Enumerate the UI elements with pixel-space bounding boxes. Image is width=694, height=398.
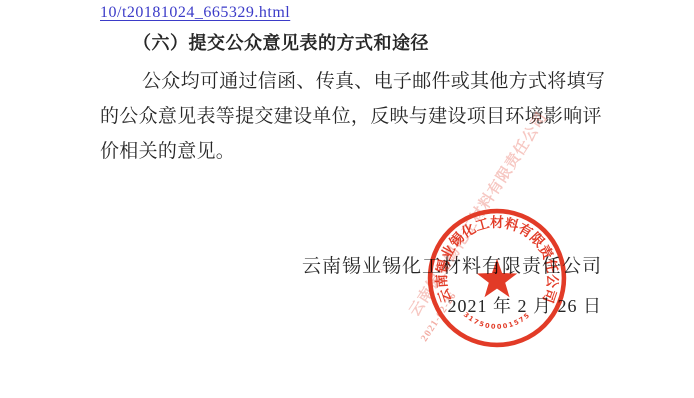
section-heading: （六）提交公众意见表的方式和途径 bbox=[133, 34, 429, 52]
document-page: 10/t20181024_665329.html （六）提交公众意见表的方式和途… bbox=[0, 0, 694, 398]
company-seal: 云南锡业锡化工材料有限责任公司 53175000015758 bbox=[426, 206, 568, 350]
document-link[interactable]: 10/t20181024_665329.html bbox=[100, 5, 290, 21]
seal-ring bbox=[430, 211, 564, 345]
paragraph-line: 价相关的意见。 bbox=[100, 142, 235, 161]
signature-date: 2021 年 2 月 26 日 bbox=[448, 297, 603, 315]
paragraph-line: 公众均可通过信函、传真、电子邮件或其他方式将填写 bbox=[142, 72, 605, 91]
paragraph-line: 的公众意见表等提交建设单位，反映与建设项目环境影响评 bbox=[100, 107, 602, 126]
seal-overlay-company: 云南锡业锡化工材料有限责任公司 bbox=[408, 110, 551, 319]
seal-graphic: 云南锡业锡化工材料有限责任公司 53175000015758 bbox=[426, 206, 568, 350]
